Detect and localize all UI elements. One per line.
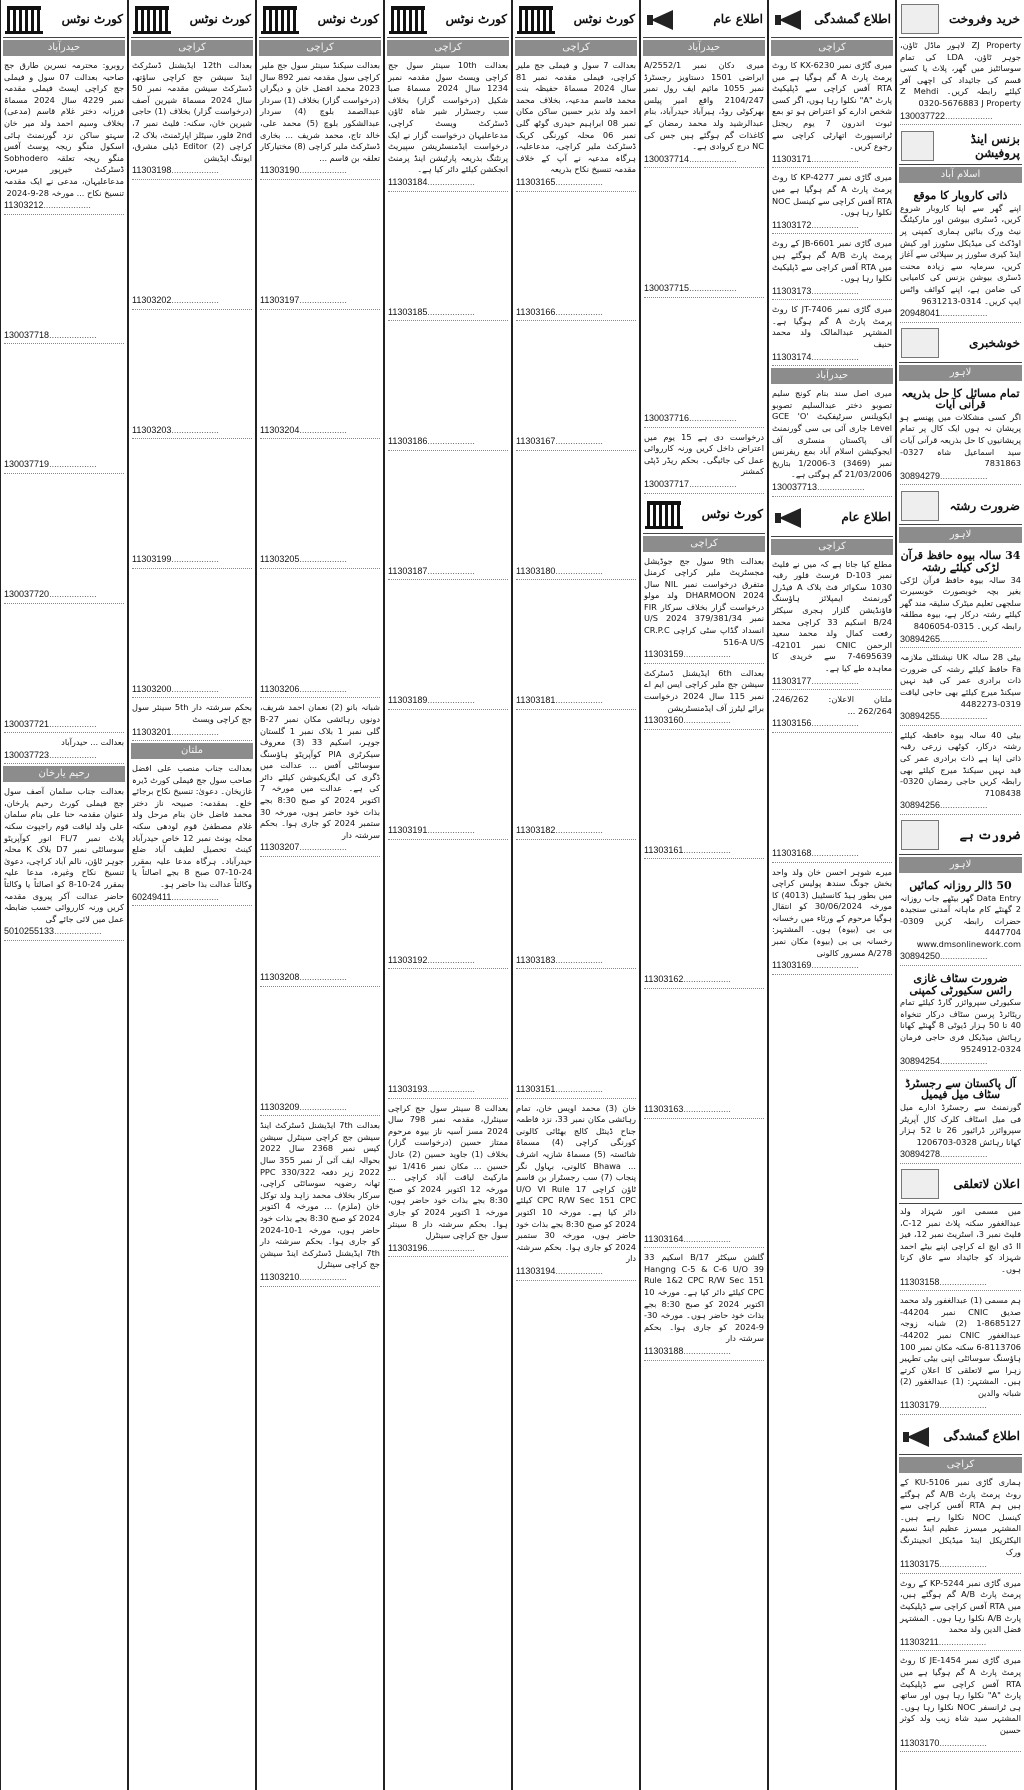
ad-body xyxy=(516,325,636,435)
column-4: کورٹ نوٹسکراچیبعدالت 7 سول و فیملی جج مل… xyxy=(512,0,640,1790)
classified-ad: 11303199 xyxy=(131,441,253,569)
city-bar: کراچی xyxy=(131,40,253,56)
ad-body xyxy=(388,844,508,954)
classified-ad: بعدالت ... حیدرآباد130037723 xyxy=(3,735,125,764)
ad-reference-number: 130037719 xyxy=(4,458,124,474)
section-title: اعلان لاتعلقی xyxy=(953,1177,1020,1191)
section-header: اعلان لاتعلقی xyxy=(899,1166,1022,1204)
ad-body xyxy=(388,714,508,824)
ad-reference-number: 11303211 xyxy=(900,1636,1021,1652)
ad-reference-number: 11303198 xyxy=(132,164,252,180)
ad-body xyxy=(516,455,636,565)
classified-ad: میرے شوہر احسن خان ولد واحد بخش جونگ سند… xyxy=(771,865,893,975)
ad-reference-number: 11303163 xyxy=(644,1103,764,1119)
ad-body: میری گاڑی نمبر JB-6601 کے روٹ پرمٹ پارٹ … xyxy=(772,238,892,284)
ad-headline: 34 سالہ بیوہ حافظ قرآن لڑکی کیلئے رشتہ xyxy=(900,547,1021,574)
classified-ad: ملتان الاعلان: 246/262، 262/264 ...11303… xyxy=(771,692,893,733)
classified-ad: بعدالت سیکنڈ سینئر سول جج ملیر کراچی سول… xyxy=(259,58,381,180)
ad-reference-number: 11303193 xyxy=(388,1083,508,1099)
ad-reference-number: 11303192 xyxy=(388,954,508,970)
ad-reference-number: 11303167 xyxy=(516,435,636,451)
classified-ad: 11303189 xyxy=(387,582,509,710)
announcement-icon xyxy=(645,4,683,34)
ad-body xyxy=(132,573,252,683)
classified-ad: 11303191 xyxy=(387,712,509,840)
ad-body: خان (3) محمد اویس خان، تمام رہائشی مکان … xyxy=(516,1103,636,1265)
city-bar: کراچی xyxy=(515,40,637,56)
ad-reference-number: 130037715 xyxy=(644,282,764,298)
ad-body xyxy=(644,993,764,1103)
section-title: کورٹ نوٹس xyxy=(62,12,123,26)
classified-ad: 34 سالہ بیوہ حافظ قرآن لڑکی کیلئے رشتہ34… xyxy=(899,545,1022,648)
ad-reference-number: 11303207 xyxy=(260,841,380,857)
ad-reference-number: 11303200 xyxy=(132,683,252,699)
ad-body xyxy=(260,861,380,971)
ad-reference-number: 60249411 xyxy=(132,891,252,907)
classified-ad: میری گاڑی نمبر KP-4277 کا روٹ پرمٹ پارٹ … xyxy=(771,170,893,234)
section-title: ضرورت ہے xyxy=(960,828,1020,842)
section-header: کورٹ نوٹس xyxy=(3,0,125,38)
classified-ad: 11303209 xyxy=(259,989,381,1117)
ad-body: ہماری گاڑی نمبر KU-5106 کے روٹ پرمٹ پارٹ… xyxy=(900,1477,1021,1558)
ad-reference-number: 11303151 xyxy=(516,1083,636,1099)
ad-body: اگر کسی مشکلات میں پھنسے ہو پریشان نہ ہو… xyxy=(900,412,1021,470)
court-icon xyxy=(517,4,555,34)
ad-reference-number: 130037714 xyxy=(644,153,764,169)
section-header: کورٹ نوٹس xyxy=(643,496,765,534)
ad-reference-number: 11303199 xyxy=(132,553,252,569)
classified-ad: میری گاڑی نمبر JB-6601 کے روٹ پرمٹ پارٹ … xyxy=(771,236,893,300)
classified-ad: بعدالت جناب منصب علی افضل صاحب سول جج فی… xyxy=(131,761,253,906)
classified-ad: بعدالت 7th ایڈیشنل ڈسٹرکٹ اینڈ سیشن جج ک… xyxy=(259,1118,381,1286)
classified-ad: 11303206 xyxy=(259,571,381,699)
city-bar: کراچی xyxy=(387,40,509,56)
ad-reference-number: 20948041 xyxy=(900,307,1021,323)
ad-reference-number: 11303184 xyxy=(388,176,508,192)
ad-reference-number: 5010255133 xyxy=(4,925,124,941)
ad-body xyxy=(644,863,764,973)
classified-ad: میری اصل سند بنام کونج سلیم تصوبو دختر ع… xyxy=(771,386,893,496)
section-title: کورٹ نوٹس xyxy=(446,12,507,26)
ad-reference-number: 130037718 xyxy=(4,329,124,345)
classified-ad: ہم مسمی (1) عبدالغفور ولد محمد صدیق CNIC… xyxy=(899,1293,1022,1415)
ad-reference-number: 11303174 xyxy=(772,351,892,367)
ad-body: میری گاڑی نمبر KP-4277 کا روٹ پرمٹ پارٹ … xyxy=(772,172,892,218)
ad-reference-number: 30894256 xyxy=(900,799,1021,815)
ad-body xyxy=(644,1123,764,1233)
classified-ad: میری دکان نمبر A/2552/1 ایراضی 1501 دستا… xyxy=(643,58,765,168)
ad-body xyxy=(4,608,124,718)
ad-body xyxy=(516,714,636,824)
announcement-icon xyxy=(773,502,811,532)
ad-body xyxy=(516,844,636,954)
classified-ad: 11303162 xyxy=(643,861,765,989)
ad-reference-number: 130037716 xyxy=(644,412,764,428)
ad-body: میری گاڑی نمبر JE-1454 کا روٹ پرمٹ پارٹ … xyxy=(900,1655,1021,1736)
city-bar: اسلام آباد xyxy=(899,167,1022,183)
classified-ad: بعدالت 8 سینئر سول جج کراچی سینٹرل، مقدم… xyxy=(387,1101,509,1258)
ad-body: میری گاڑی نمبر KX-6230 کا روٹ پرمٹ پارٹ … xyxy=(772,60,892,153)
court-icon xyxy=(261,4,299,34)
court-icon xyxy=(5,4,43,34)
ad-headline: ضرورت سٹاف غازی رائس سکیورٹی کمپنی xyxy=(900,970,1021,997)
ad-body: بعدالت 7 سول و فیملی جج ملیر کراچی، فیمل… xyxy=(516,60,636,176)
ad-body: شبانہ بانو (2) نعمان احمد شریف، دونوں رہ… xyxy=(260,702,380,841)
ad-reference-number: 11303171 xyxy=(772,153,892,169)
ad-body xyxy=(4,348,124,458)
classified-ad: 11303197 xyxy=(259,182,381,310)
column-3: اطلاع عامحیدرآبادمیری دکان نمبر A/2552/1… xyxy=(640,0,768,1790)
classified-ad: بعدالت 12th ایڈیشنل ڈسٹرکٹ اینڈ سیشن جج … xyxy=(131,58,253,180)
city-bar: کراچی xyxy=(771,539,893,555)
ad-body xyxy=(260,314,380,424)
ad-body: روبرو: محترمہ نسرین طارق جج صاحبہ بعدالت… xyxy=(4,60,124,199)
section-title: اطلاع گمشدگی xyxy=(943,1429,1020,1443)
ad-reference-number: 130037721 xyxy=(4,718,124,734)
court-icon xyxy=(133,4,171,34)
classified-ad: 11303208 xyxy=(259,859,381,987)
classified-ad: بعدالت 9th سول جج جوڈیشل مجسٹریٹ ملیر کر… xyxy=(643,554,765,664)
section-header: خوشخبری xyxy=(899,325,1022,363)
ad-reference-number: 11303183 xyxy=(516,954,636,970)
ad-reference-number: 11303165 xyxy=(516,176,636,192)
classified-ad: 11303181 xyxy=(515,582,637,710)
ad-body: ملتان الاعلان: 246/262، 262/264 ... xyxy=(772,694,892,717)
ad-body: مطلع کیا جاتا ہے کہ میں نے فلیٹ نمبر D-1… xyxy=(772,559,892,675)
ad-body: میں مسمی انور شہزاد ولد عبدالغفور سکنہ پ… xyxy=(900,1206,1021,1276)
ad-reference-number: 30894265 xyxy=(900,633,1021,649)
section-title: اطلاع گمشدگی xyxy=(814,12,891,26)
classified-ad: میری گاڑی نمبر JT-7406 کا روٹ پرمٹ پارٹ … xyxy=(771,302,893,366)
ad-reference-number: 11303172 xyxy=(772,219,892,235)
ad-reference-number: 130037713 xyxy=(772,481,892,497)
ad-reference-number: 11303208 xyxy=(260,971,380,987)
ad-body: 34 سالہ بیوہ حافظ قرآن لڑکی بغیر بچہ خوب… xyxy=(900,575,1021,633)
business-icon xyxy=(901,131,934,161)
ad-reference-number: 11303209 xyxy=(260,1101,380,1117)
ad-reference-number: 11303204 xyxy=(260,424,380,440)
court-icon xyxy=(389,4,427,34)
classified-ad: 11303205 xyxy=(259,441,381,569)
classifieds-page: خرید وفروختZJ Property لاہور ماڈل ٹاؤن، … xyxy=(0,0,1024,1790)
ad-reference-number: 11303182 xyxy=(516,824,636,840)
classified-ad: 11303187 xyxy=(387,453,509,581)
ad-reference-number: 11303169 xyxy=(772,959,892,975)
classified-ad: 130037718 xyxy=(3,217,125,345)
ad-reference-number: 11303206 xyxy=(260,683,380,699)
ad-body xyxy=(388,584,508,694)
ad-body: میری گاڑی نمبر JT-7406 کا روٹ پرمٹ پارٹ … xyxy=(772,304,892,350)
column-5: کورٹ نوٹسکراچیبعدالت 10th سینئر سول جج ک… xyxy=(384,0,512,1790)
ad-reference-number: 130037723 xyxy=(4,749,124,765)
ad-body: بعدالت 8 سینئر سول جج کراچی سینٹرل، مقدم… xyxy=(388,1103,508,1242)
classified-ad: 11303193 xyxy=(387,971,509,1099)
ad-reference-number: 30894254 xyxy=(900,1055,1021,1071)
ad-reference-number: 11303202 xyxy=(132,294,252,310)
ad-headline: ذاتی کاروبار کا موقع xyxy=(900,187,1021,203)
classified-ad: 11303168 xyxy=(771,735,893,863)
section-title: کورٹ نوٹس xyxy=(318,12,379,26)
classified-ad: ہماری گاڑی نمبر KU-5106 کے روٹ پرمٹ پارٹ… xyxy=(899,1475,1022,1574)
ad-body: درخواست دی ہے 15 یوم میں اعتراض داخل کری… xyxy=(644,432,764,478)
ad-reference-number: 11303159 xyxy=(644,648,764,664)
section-title: خرید وفروخت xyxy=(949,12,1020,26)
ad-reference-number: 30894278 xyxy=(900,1148,1021,1164)
classified-ad: 130037721 xyxy=(3,606,125,734)
ad-reference-number: 11303205 xyxy=(260,553,380,569)
ad-body: بعدالت جناب منصب علی افضل صاحب سول جج فی… xyxy=(132,763,252,891)
classified-ad: آل پاکستان سے رجسٹرڈ سٹاف میل فیمیلگورنم… xyxy=(899,1073,1022,1164)
ad-headline: آل پاکستان سے رجسٹرڈ سٹاف میل فیمیل xyxy=(900,1075,1021,1102)
section-header: خرید وفروخت xyxy=(899,0,1022,38)
classified-ad: میری گاڑی نمبر KX-6230 کا روٹ پرمٹ پارٹ … xyxy=(771,58,893,168)
column-6: کورٹ نوٹسکراچیبعدالت سیکنڈ سینئر سول جج … xyxy=(256,0,384,1790)
ad-reference-number: 130037722 xyxy=(900,110,1021,126)
classified-ad: 11303182 xyxy=(515,712,637,840)
classified-ad: 11303161 xyxy=(643,732,765,860)
classified-ad: بعدالت جناب سلمان آصف سول جج فیملی کورٹ … xyxy=(3,784,125,941)
classified-ad: 11303167 xyxy=(515,323,637,451)
ad-body: میری اصل سند بنام کونج سلیم تصوبو دختر ع… xyxy=(772,388,892,481)
ad-reference-number: 11303166 xyxy=(516,306,636,322)
ad-body xyxy=(260,184,380,294)
ad-headline: 50 ڈالر روزانہ کمائیں xyxy=(900,877,1021,893)
ad-reference-number: 11303190 xyxy=(260,164,380,180)
section-header: اطلاع گمشدگی xyxy=(771,0,893,38)
ad-reference-number: 30894255 xyxy=(900,710,1021,726)
classified-ad: 11303200 xyxy=(131,571,253,699)
classified-ad: گلشن سیکٹر B/17 اسکیم 33 Hangng C-5 & C-… xyxy=(643,1250,765,1360)
ad-body xyxy=(388,325,508,435)
ad-reference-number: 11303181 xyxy=(516,694,636,710)
classified-ad: روبرو: محترمہ نسرین طارق جج صاحبہ بعدالت… xyxy=(3,58,125,215)
column-8: کورٹ نوٹسحیدرآبادروبرو: محترمہ نسرین طار… xyxy=(0,0,128,1790)
classified-ad: 11303186 xyxy=(387,323,509,451)
section-header: کورٹ نوٹس xyxy=(515,0,637,38)
classified-ad: تمام مسائل کا حل بذریعہ قرآنی آیاتاگر کس… xyxy=(899,383,1022,486)
court-icon xyxy=(645,499,683,529)
classified-ad: 11303151 xyxy=(515,971,637,1099)
ad-body: اپنے گھر سے اپنا کاروبار شروع کریں، ڈسٹر… xyxy=(900,203,1021,307)
ad-body: بعدالت ... حیدرآباد xyxy=(4,737,124,749)
classified-ad: بعدالت 7 سول و فیملی جج ملیر کراچی، فیمل… xyxy=(515,58,637,192)
section-title: خوشخبری xyxy=(969,336,1020,350)
ad-reference-number: 11303179 xyxy=(900,1399,1021,1415)
city-bar: حیدرآباد xyxy=(3,40,125,56)
section-header: کورٹ نوٹس xyxy=(131,0,253,38)
ad-reference-number: 11303180 xyxy=(516,565,636,581)
section-title: اطلاع عام xyxy=(841,510,891,524)
ad-reference-number: 11303197 xyxy=(260,294,380,310)
ad-body: ہم مسمی (1) عبدالغفور ولد محمد صدیق CNIC… xyxy=(900,1295,1021,1399)
classified-ad: 11303204 xyxy=(259,312,381,440)
ad-body: بعدالت 7th ایڈیشنل ڈسٹرکٹ اینڈ سیشن جج ک… xyxy=(260,1120,380,1271)
classified-ad: 11303203 xyxy=(131,312,253,440)
classified-ad: 11303185 xyxy=(387,194,509,322)
ad-body: میری دکان نمبر A/2552/1 ایراضی 1501 دستا… xyxy=(644,60,764,153)
ad-reference-number: 11303164 xyxy=(644,1233,764,1249)
ad-body xyxy=(260,443,380,553)
city-bar: کراچی xyxy=(771,40,893,56)
classified-ad: درخواست دی ہے 15 یوم میں اعتراض داخل کری… xyxy=(643,430,765,494)
section-title: کورٹ نوٹس xyxy=(190,12,251,26)
ad-body: گورنمنٹ سے رجسٹرڈ ادارے میل فی میل اسٹاف… xyxy=(900,1102,1021,1148)
section-header: بزنس اینڈ پروفیشن xyxy=(899,127,1022,165)
classified-ad: میری گاڑی نمبر KP-5244 کے روٹ پرمٹ پارٹ … xyxy=(899,1576,1022,1652)
section-header: اطلاع گمشدگی xyxy=(899,1417,1022,1455)
ad-reference-number: 11303201 xyxy=(132,726,252,742)
ad-body xyxy=(388,973,508,1083)
ad-body xyxy=(516,196,636,306)
classified-ad: میں مسمی انور شہزاد ولد عبدالغفور سکنہ پ… xyxy=(899,1204,1022,1291)
ad-headline: تمام مسائل کا حل بذریعہ قرآنی آیات xyxy=(900,385,1021,412)
ad-body xyxy=(4,478,124,588)
city-bar: کراچی xyxy=(643,536,765,552)
classified-ad: 11303183 xyxy=(515,842,637,970)
city-bar: رحیم یارخان xyxy=(3,766,125,782)
ad-body: بعدالت 9th سول جج جوڈیشل مجسٹریٹ ملیر کر… xyxy=(644,556,764,649)
classified-ad: 11303202 xyxy=(131,182,253,310)
classified-ad: 11303164 xyxy=(643,1121,765,1249)
ad-body xyxy=(516,973,636,1083)
classified-ad: 130037716 xyxy=(643,300,765,428)
classified-ad: 130037715 xyxy=(643,170,765,298)
ad-reference-number: 11303210 xyxy=(260,1271,380,1287)
city-bar: حیدرآباد xyxy=(643,40,765,56)
ad-reference-number: 11303187 xyxy=(388,565,508,581)
ad-body xyxy=(260,991,380,1101)
ad-reference-number: 11303177 xyxy=(772,675,892,691)
section-header: کورٹ نوٹس xyxy=(387,0,509,38)
classified-ad: 130037719 xyxy=(3,346,125,474)
classified-ad: ذاتی کاروبار کا موقعاپنے گھر سے اپنا کار… xyxy=(899,185,1022,323)
column-7: کورٹ نوٹسکراچیبعدالت 12th ایڈیشنل ڈسٹرکٹ… xyxy=(128,0,256,1790)
ad-body: میرے شوہر احسن خان ولد واحد بخش جونگ سند… xyxy=(772,867,892,960)
ad-body xyxy=(644,302,764,412)
classified-ad: بیٹی 28 سالہ UK نیشنلٹی ملازمہ Fa حافظ ک… xyxy=(899,650,1022,726)
ad-body xyxy=(644,172,764,282)
ad-body xyxy=(132,184,252,294)
ad-body: بعدالت 12th ایڈیشنل ڈسٹرکٹ اینڈ سیشن جج … xyxy=(132,60,252,164)
ad-reference-number: 11303170 xyxy=(900,1737,1021,1753)
classified-ad: 11303192 xyxy=(387,842,509,970)
classified-ad: 130037720 xyxy=(3,476,125,604)
column-1: خرید وفروختZJ Property لاہور ماڈل ٹاؤن، … xyxy=(896,0,1024,1790)
ad-body xyxy=(4,219,124,329)
ad-body xyxy=(388,196,508,306)
ad-reference-number: 11303158 xyxy=(900,1276,1021,1292)
ad-body: بعدالت جناب سلمان آصف سول جج فیملی کورٹ … xyxy=(4,786,124,925)
section-header: اطلاع عام xyxy=(643,0,765,38)
ad-body: بعدالت 10th سینئر سول جج کراچی ویسٹ سول … xyxy=(388,60,508,176)
ad-reference-number: 11303160 xyxy=(644,714,764,730)
classified-ad: ضرورت سٹاف غازی رائس سکیورٹی کمپنیسکیورٹ… xyxy=(899,968,1022,1071)
ad-reference-number: 11303186 xyxy=(388,435,508,451)
city-bar: کراچی xyxy=(259,40,381,56)
ad-reference-number: 11303185 xyxy=(388,306,508,322)
classified-ad: 11303180 xyxy=(515,453,637,581)
classified-ad: خان (3) محمد اویس خان، تمام رہائشی مکان … xyxy=(515,1101,637,1281)
ad-reference-number: 130037717 xyxy=(644,478,764,494)
ad-body: بیٹی 28 سالہ UK نیشنلٹی ملازمہ Fa حافظ ک… xyxy=(900,652,1021,710)
section-title: ضرورت رشتہ xyxy=(950,499,1020,513)
city-bar: لاہور xyxy=(899,365,1022,381)
classified-ad: میری گاڑی نمبر JE-1454 کا روٹ پرمٹ پارٹ … xyxy=(899,1653,1022,1752)
city-bar: ملتان xyxy=(131,743,253,759)
section-title: اطلاع عام xyxy=(713,12,763,26)
ad-body: میری گاڑی نمبر KP-5244 کے روٹ پرمٹ پارٹ … xyxy=(900,1578,1021,1636)
column-2: اطلاع گمشدگیکراچیمیری گاڑی نمبر KX-6230 … xyxy=(768,0,896,1790)
classified-ad: 11303163 xyxy=(643,991,765,1119)
ad-reference-number: 130037720 xyxy=(4,588,124,604)
ad-reference-number: 11303191 xyxy=(388,824,508,840)
classified-ad: شبانہ بانو (2) نعمان احمد شریف، دونوں رہ… xyxy=(259,700,381,857)
ad-reference-number: 30894279 xyxy=(900,470,1021,486)
proposal-icon xyxy=(901,491,939,521)
wanted-icon xyxy=(901,820,939,850)
ad-body xyxy=(132,314,252,424)
ad-reference-number: 11303194 xyxy=(516,1265,636,1281)
section-header: ضرورت ہے xyxy=(899,817,1022,855)
section-title: کورٹ نوٹس xyxy=(574,12,635,26)
ad-body: ZJ Property لاہور ماڈل ٹاؤن، جوہر ٹاؤن، … xyxy=(900,40,1021,110)
section-header: کورٹ نوٹس xyxy=(259,0,381,38)
classified-ad: ZJ Property لاہور ماڈل ٹاؤن، جوہر ٹاؤن، … xyxy=(899,38,1022,125)
megaphone-icon xyxy=(901,1421,939,1451)
ad-reference-number: 11303175 xyxy=(900,1558,1021,1574)
classified-ad: 11303166 xyxy=(515,194,637,322)
section-title: بزنس اینڈ پروفیشن xyxy=(934,132,1020,160)
ad-body: گلشن سیکٹر B/17 اسکیم 33 Hangng C-5 & C-… xyxy=(644,1252,764,1345)
ad-body xyxy=(516,584,636,694)
megaphone-icon xyxy=(773,4,811,34)
ad-reference-number: 11303161 xyxy=(644,844,764,860)
disclaimer-icon xyxy=(901,1169,939,1199)
ad-reference-number: 11303173 xyxy=(772,285,892,301)
ad-body: بیٹی 40 سالہ بیوہ حافظہ کیلئے رشتہ درکار… xyxy=(900,730,1021,800)
classified-ad: بعدالت 6th ایڈیشنل ڈسٹرکٹ سیشن جج ملیر ک… xyxy=(643,666,765,730)
ad-body xyxy=(388,455,508,565)
ad-body xyxy=(132,443,252,553)
ad-body: Data Entry گھر بیٹھے جاب روزانہ 2 گھنٹے … xyxy=(900,893,1021,951)
city-bar: لاہور xyxy=(899,857,1022,873)
city-bar: حیدرآباد xyxy=(771,368,893,384)
section-header: ضرورت رشتہ xyxy=(899,487,1022,525)
city-bar: لاہور xyxy=(899,527,1022,543)
ad-reference-number: 11303203 xyxy=(132,424,252,440)
ad-body xyxy=(260,573,380,683)
classified-ad: بیٹی 40 سالہ بیوہ حافظہ کیلئے رشتہ درکار… xyxy=(899,728,1022,815)
ad-reference-number: 11303162 xyxy=(644,973,764,989)
ad-body: بعدالت سیکنڈ سینئر سول جج ملیر کراچی سول… xyxy=(260,60,380,164)
ad-body: بعدالت 6th ایڈیشنل ڈسٹرکٹ سیشن جج ملیر ک… xyxy=(644,668,764,714)
ad-body xyxy=(772,737,892,847)
ad-reference-number: 11303212 xyxy=(4,199,124,215)
ad-body: سکیورٹی سپروائزر گارڈ کیلئے تمام ریٹائرڈ… xyxy=(900,997,1021,1055)
ad-reference-number: 11303168 xyxy=(772,847,892,863)
city-bar: کراچی xyxy=(899,1457,1022,1473)
classified-ad: مطلع کیا جاتا ہے کہ میں نے فلیٹ نمبر D-1… xyxy=(771,557,893,691)
ad-reference-number: 11303196 xyxy=(388,1242,508,1258)
ad-reference-number: 11303188 xyxy=(644,1345,764,1361)
good-news-icon xyxy=(901,328,939,358)
ad-body: بحکم سرشتہ دار 5th سینئر سول جج کراچی وی… xyxy=(132,702,252,725)
ad-reference-number: 30894250 xyxy=(900,950,1021,966)
property-icon xyxy=(901,4,939,34)
classified-ad: بحکم سرشتہ دار 5th سینئر سول جج کراچی وی… xyxy=(131,700,253,741)
ad-body xyxy=(644,734,764,844)
ad-reference-number: 11303189 xyxy=(388,694,508,710)
